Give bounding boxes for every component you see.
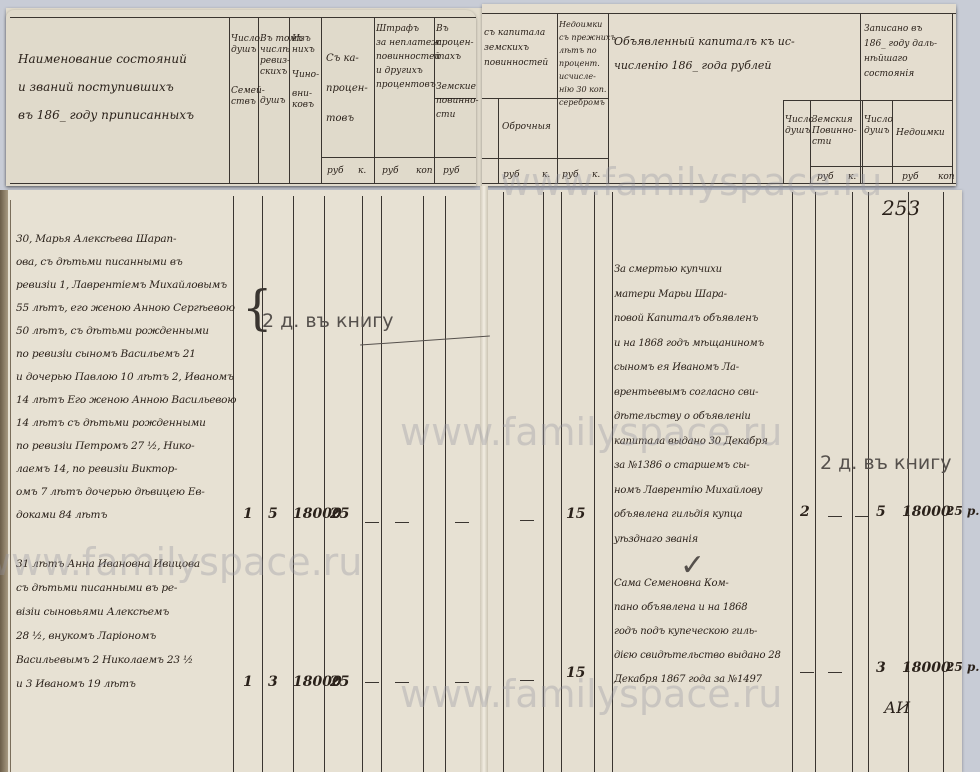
book-cover-edge bbox=[0, 190, 8, 772]
value-left: 15 bbox=[566, 506, 585, 522]
header-col-text: нихъ bbox=[292, 45, 319, 56]
value-revision-souls: 3 bbox=[268, 674, 278, 690]
header-sub-rule bbox=[783, 100, 953, 101]
header-col-text: Земские bbox=[436, 80, 479, 94]
header-rule bbox=[10, 17, 476, 18]
value-revision-souls: 5 bbox=[268, 506, 278, 522]
header-col-text: нѣйшаго bbox=[864, 52, 937, 67]
entry-line: 14 лѣтъ съ дѣтьми рожденными bbox=[16, 412, 236, 435]
remark-line: капитала выдано 30 Декабря bbox=[614, 430, 768, 455]
header-recorded-status: Записано въ 186_ году даль- нѣйшаго сост… bbox=[864, 22, 937, 82]
entry-line: ова, съ дѣтьми писанными въ bbox=[16, 251, 236, 274]
empty-dash bbox=[828, 516, 842, 517]
page-number: 253 bbox=[882, 196, 920, 220]
header-units-rule bbox=[810, 166, 953, 167]
header-col-divider bbox=[783, 100, 784, 183]
column-line bbox=[543, 192, 544, 772]
header-col-text: земскихъ bbox=[484, 41, 548, 56]
unit-label-rub: руб bbox=[902, 172, 918, 183]
header-col-text: серебромъ bbox=[559, 96, 616, 109]
value-capital: 18000 bbox=[902, 660, 951, 676]
header-col-fine: Штрафъ за неплатеж. повинностей и других… bbox=[376, 22, 444, 92]
column-line bbox=[561, 192, 562, 772]
entry-line: ревизіи 1, Лаврентіемъ Михайловымъ bbox=[16, 274, 236, 297]
header-caption-line: и званий поступившихъ bbox=[18, 73, 194, 101]
pencil-annotation: 2 д. въ книгу bbox=[820, 452, 951, 474]
header-col-divider bbox=[498, 98, 499, 183]
empty-dash bbox=[365, 522, 379, 523]
header-sub-souls-2: Число душъ bbox=[864, 115, 893, 137]
header-col-zemstvo-cont: съ капитала земскихъ повинностей bbox=[484, 26, 548, 71]
header-col-text: процентовъ bbox=[376, 78, 444, 92]
header-col-divider bbox=[862, 100, 863, 183]
header-col-text: сти bbox=[812, 137, 857, 148]
empty-dash bbox=[395, 522, 409, 523]
header-col-divider bbox=[321, 17, 322, 183]
column-line bbox=[908, 192, 909, 772]
column-line bbox=[362, 196, 363, 772]
empty-dash bbox=[520, 520, 534, 521]
header-col-text: повинностей bbox=[484, 56, 548, 71]
entry-line: омъ 7 лѣтъ дочерью дѣвицею Ев- bbox=[16, 481, 236, 504]
entry-30-text: 30, Марья Алексѣева Шарап- ова, съ дѣтьм… bbox=[16, 228, 236, 527]
header-col-text: вни- bbox=[292, 89, 319, 100]
initials-mark: АИ bbox=[884, 698, 910, 717]
remark-line: дією свидѣтельство выдано 28 bbox=[614, 644, 781, 668]
header-col-divider bbox=[892, 100, 893, 183]
header-sub-arrears: Недоимки bbox=[896, 128, 945, 139]
header-col-text: численію 186_ года рублей bbox=[614, 54, 795, 78]
column-line bbox=[815, 192, 816, 772]
entry-line: 30, Марья Алексѣева Шарап- bbox=[16, 228, 236, 251]
header-rule bbox=[482, 183, 956, 184]
remark-line: номъ Лаврентію Михайлову bbox=[614, 479, 768, 504]
unit-label-kop: коп bbox=[938, 172, 955, 183]
header-col-divider bbox=[952, 13, 953, 183]
entry-line: 31 лѣтъ Анна Ивановна Ивицова bbox=[16, 552, 200, 576]
unit-label-kop: к. bbox=[592, 170, 600, 181]
value-capital: 18000 bbox=[902, 504, 951, 520]
entry-line: по ревизіи Петромъ 27 ½, Нико- bbox=[16, 435, 236, 458]
header-col-text: Число bbox=[785, 115, 814, 126]
header-col-text: и другихъ bbox=[376, 64, 444, 78]
entry-line: 28 ½, внукомъ Ларіономъ bbox=[16, 624, 200, 648]
remark-line: и на 1868 годъ мѣщаниномъ bbox=[614, 332, 768, 357]
value-percent: 25 bbox=[330, 674, 349, 690]
value-souls: 2 bbox=[800, 504, 810, 520]
header-col-text: Чино- bbox=[292, 70, 319, 81]
column-line bbox=[445, 196, 446, 772]
empty-dash bbox=[828, 672, 842, 673]
header-col-text: Изъ bbox=[292, 34, 319, 45]
header-col-text: лѣтъ по bbox=[559, 44, 616, 57]
header-declared-capital: Объявленный капиталъ къ ис- численію 186… bbox=[614, 30, 795, 78]
header-col-text: душъ bbox=[864, 126, 893, 137]
value-souls: 1 bbox=[243, 674, 253, 690]
header-col-text: съ прежнихъ bbox=[559, 31, 616, 44]
entry-line: и дочерью Павлою 10 лѣтъ 2, Иваномъ bbox=[16, 366, 236, 389]
empty-dash bbox=[455, 682, 469, 683]
entry-line: и 3 Иваномъ 19 лѣтъ bbox=[16, 672, 200, 696]
column-line bbox=[423, 196, 424, 772]
column-line bbox=[852, 192, 853, 772]
column-line bbox=[792, 192, 793, 772]
header-col-divider bbox=[860, 13, 861, 183]
column-line bbox=[503, 192, 504, 772]
header-sub-zemstvo: Земския Повинно- сти bbox=[812, 115, 857, 148]
remark-line: матери Марьи Шара- bbox=[614, 283, 768, 308]
column-line bbox=[943, 192, 944, 772]
unit-label-rub: руб bbox=[817, 172, 833, 183]
entry-31-remarks: Сама Семеновна Ком- пано объявлена и на … bbox=[614, 572, 781, 692]
header-sub-souls: Число душъ bbox=[785, 115, 814, 137]
entry-line: 50 лѣтъ, съ дѣтьми рожденными bbox=[16, 320, 236, 343]
header-col-text: Земския bbox=[812, 115, 857, 126]
empty-dash bbox=[520, 680, 534, 681]
header-col-text: Въ bbox=[436, 22, 479, 36]
header-col-text: повинно- bbox=[436, 94, 479, 108]
header-col-text: Недоимки bbox=[559, 18, 616, 31]
header-units-rule bbox=[321, 157, 476, 158]
value-left: 15 bbox=[566, 665, 585, 681]
header-col-text: ковъ bbox=[292, 100, 319, 111]
remark-line: дѣтельству о объявленіи bbox=[614, 405, 768, 430]
column-line bbox=[594, 192, 595, 772]
header-rule bbox=[10, 183, 476, 184]
column-line bbox=[381, 196, 382, 772]
header-col-text: процен- bbox=[326, 74, 368, 104]
header-col-text: съ капитала bbox=[484, 26, 548, 41]
header-col-text: процент. bbox=[559, 57, 616, 70]
page-margin-line bbox=[10, 200, 11, 772]
empty-dash bbox=[800, 672, 814, 673]
header-col-text: 186_ году даль- bbox=[864, 37, 937, 52]
header-main-caption: Наименование состояний и званий поступив… bbox=[18, 45, 194, 129]
entry-line: візіи сыновьями Алексѣемъ bbox=[16, 600, 200, 624]
header-caption-line: Наименование состояний bbox=[18, 45, 194, 73]
entry-31-text: 31 лѣтъ Анна Ивановна Ивицова съ дѣтьми … bbox=[16, 552, 200, 696]
header-col-text: Штрафъ bbox=[376, 22, 444, 36]
remark-line: годъ подъ купеческою гиль- bbox=[614, 620, 781, 644]
header-col-text: процен- bbox=[436, 36, 479, 50]
header-col-text: за неплатеж. bbox=[376, 36, 444, 50]
header-col-obrok: Оброчныя bbox=[502, 122, 551, 133]
pencil-annotation: 2 д. въ книгу bbox=[262, 310, 393, 332]
header-col-text: повинностей bbox=[376, 50, 444, 64]
remark-line: врентьевымъ согласно сви- bbox=[614, 381, 768, 406]
header-col-officials: Изъ нихъ Чино- вни- ковъ bbox=[292, 34, 319, 111]
column-line bbox=[612, 192, 613, 772]
empty-dash bbox=[455, 522, 469, 523]
book-spine bbox=[480, 186, 488, 772]
entry-line: лаемъ 14, по ревизіи Виктор- bbox=[16, 458, 236, 481]
value-percent: 25 р. bbox=[946, 660, 979, 674]
unit-label-kop: к. bbox=[358, 166, 366, 177]
header-col-arrears: Недоимки съ прежнихъ лѣтъ по процент. ис… bbox=[559, 18, 616, 109]
header-units-rule bbox=[482, 158, 608, 159]
remark-line: повой Капиталъ объявленъ bbox=[614, 307, 768, 332]
header-caption-line: въ 186_ году приписанныхъ bbox=[18, 101, 194, 129]
remark-line: сыномъ ея Иваномъ Ла- bbox=[614, 356, 768, 381]
entry-line: 14 лѣтъ Его женою Анною Васильевою bbox=[16, 389, 236, 412]
entry-line: Васильевымъ 2 Николаемъ 23 ½ bbox=[16, 648, 200, 672]
header-rule bbox=[482, 13, 956, 14]
header-col-text: товъ bbox=[326, 104, 368, 134]
entry-line: 55 лѣтъ, его женою Анною Сергѣевою bbox=[16, 297, 236, 320]
unit-label-rub: руб bbox=[382, 166, 398, 177]
unit-label-rub: руб bbox=[503, 170, 519, 181]
header-col-divider bbox=[229, 17, 230, 183]
remark-line: Декабря 1867 года за №1497 bbox=[614, 668, 781, 692]
header-col-text: Объявленный капиталъ къ ис- bbox=[614, 30, 795, 54]
value-percent: 25 bbox=[330, 506, 349, 522]
unit-label-rub: руб bbox=[327, 166, 343, 177]
header-col-capital-percent: Съ ка- процен- товъ bbox=[326, 44, 368, 134]
header-col-text: сти bbox=[436, 108, 479, 122]
header-col-text: Записано въ bbox=[864, 22, 937, 37]
header-col-text: Повинно- bbox=[812, 126, 857, 137]
value-percent: 25 р. bbox=[946, 504, 979, 518]
header-col-text: состоянія bbox=[864, 67, 937, 82]
remark-line: объявлена гильдія купца bbox=[614, 503, 768, 528]
header-col-text: душъ bbox=[785, 126, 814, 137]
value-revision-souls: 3 bbox=[876, 660, 886, 676]
remark-line: За смертью купчихи bbox=[614, 258, 768, 283]
entry-line: съ дѣтьми писанными въ ре- bbox=[16, 576, 200, 600]
header-col-divider bbox=[810, 100, 811, 183]
unit-label-rub: руб bbox=[443, 166, 459, 177]
unit-label-kop: к. bbox=[848, 172, 856, 183]
empty-dash bbox=[365, 682, 379, 683]
value-souls: 1 bbox=[243, 506, 253, 522]
unit-label-rub: руб bbox=[562, 170, 578, 181]
empty-dash bbox=[395, 682, 409, 683]
remark-line: пано объявлена и на 1868 bbox=[614, 596, 781, 620]
unit-label-kop: коп bbox=[416, 166, 433, 177]
remark-line: Сама Семеновна Ком- bbox=[614, 572, 781, 596]
header-col-divider bbox=[374, 17, 375, 183]
column-line bbox=[868, 192, 869, 772]
empty-dash bbox=[855, 516, 869, 517]
header-col-zemstvo: Въ процен- тахъ Земские повинно- сти bbox=[436, 22, 479, 122]
entry-30-remarks: За смертью купчихи матери Марьи Шара- по… bbox=[614, 258, 768, 552]
header-col-text: тахъ bbox=[436, 50, 479, 64]
header-col-text: нію 30 коп. bbox=[559, 83, 616, 96]
entry-line: по ревизіи сыномъ Васильемъ 21 bbox=[16, 343, 236, 366]
header-col-text: Число bbox=[864, 115, 893, 126]
header-col-text: Съ ка- bbox=[326, 44, 368, 74]
value-revision-souls: 5 bbox=[876, 504, 886, 520]
header-col-text: исчисле- bbox=[559, 70, 616, 83]
entry-line: доками 84 лѣтъ bbox=[16, 504, 236, 527]
unit-label-kop: к. bbox=[542, 170, 550, 181]
remark-line: за №1386 о старшемъ сы- bbox=[614, 454, 768, 479]
